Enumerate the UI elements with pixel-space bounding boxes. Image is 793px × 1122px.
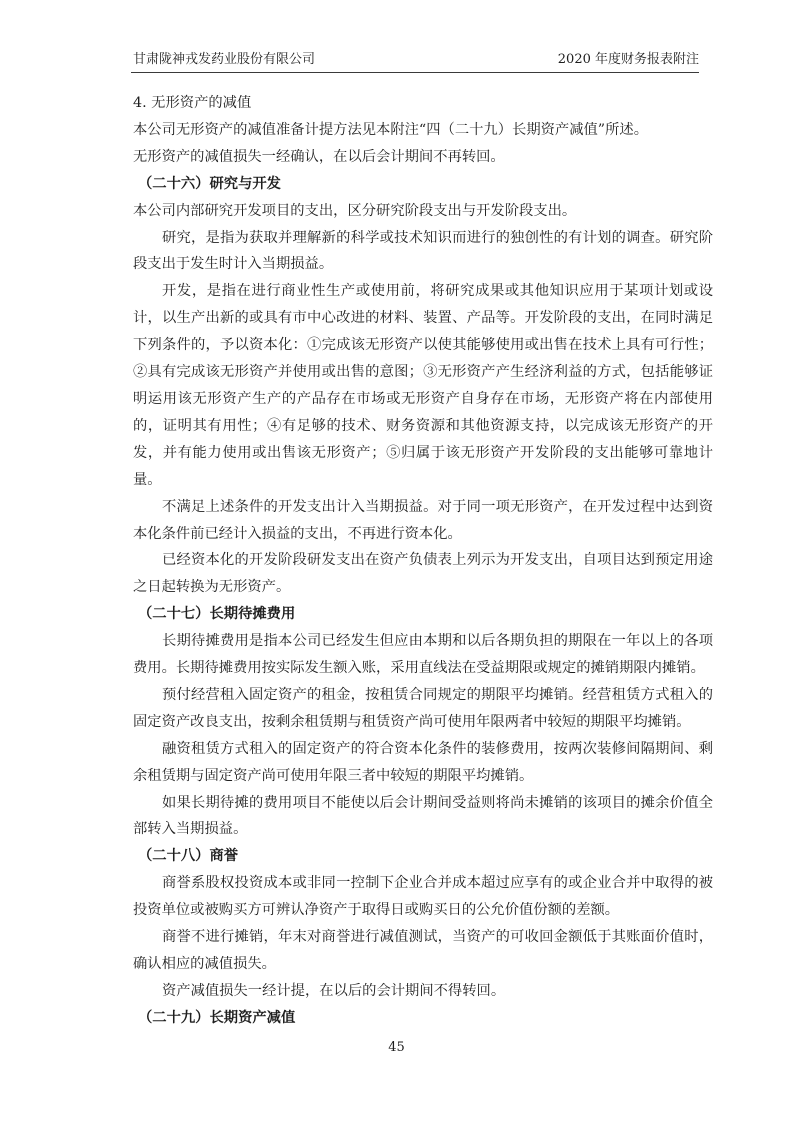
paragraph: 开发，是指在进行商业性生产或使用前，将研究成果或其他知识应用于某项计划或设计，以… [133,278,713,493]
paragraph: 融资租赁方式租入的固定资产的符合资本化条件的装修费用，按两次装修间隔期间、剩余租… [133,736,713,790]
paragraph: 如果长期待摊的费用项目不能使以后会计期间受益则将尚未摊销的该项目的摊余价值全部转… [133,790,713,844]
document-body: 4. 无形资产的减值 本公司无形资产的减值准备计提方法见本附注“四（二十九）长期… [133,90,713,1032]
company-name: 甘肃陇神戎发药业股份有限公司 [133,50,315,70]
paragraph: 无形资产的减值损失一经确认，在以后会计期间不再转回。 [133,144,713,171]
section-heading-long-term-prepaid: （二十七）长期待摊费用 [133,601,713,628]
paragraph: 资产减值损失一经计提，在以后的会计期间不得转回。 [133,978,713,1005]
page-number: 45 [0,1040,793,1055]
paragraph: 本公司无形资产的减值准备计提方法见本附注“四（二十九）长期资产减值”所述。 [133,117,713,144]
paragraph: 不满足上述条件的开发支出计入当期损益。对于同一项无形资产，在开发过程中达到资本化… [133,494,713,548]
paragraph: 长期待摊费用是指本公司已经发生但应由本期和以后各期负担的期限在一年以上的各项费用… [133,628,713,682]
paragraph: 本公司内部研究开发项目的支出，区分研究阶段支出与开发阶段支出。 [133,198,713,225]
section-heading-goodwill: （二十八）商誉 [133,843,713,870]
page-header: 甘肃陇神戎发药业股份有限公司 2020 年度财务报表附注 [131,50,699,73]
paragraph: 已经资本化的开发阶段研发支出在资产负债表上列示为开发支出，自项目达到预定用途之日… [133,547,713,601]
paragraph: 研究，是指为获取并理解新的科学或技术知识而进行的独创性的有计划的调查。研究阶段支… [133,225,713,279]
item-heading-intangible-impairment: 4. 无形资产的减值 [133,90,713,117]
report-title: 2020 年度财务报表附注 [558,50,699,70]
paragraph: 商誉系股权投资成本或非同一控制下企业合并成本超过应享有的或企业合并中取得的被投资… [133,870,713,924]
section-heading-long-term-asset-impairment: （二十九）长期资产减值 [133,1005,713,1032]
paragraph: 预付经营租入固定资产的租金，按租赁合同规定的期限平均摊销。经营租赁方式租入的固定… [133,682,713,736]
section-heading-rnd: （二十六）研究与开发 [133,171,713,198]
paragraph: 商誉不进行摊销，年末对商誉进行减值测试，当资产的可收回金额低于其账面价值时，确认… [133,924,713,978]
